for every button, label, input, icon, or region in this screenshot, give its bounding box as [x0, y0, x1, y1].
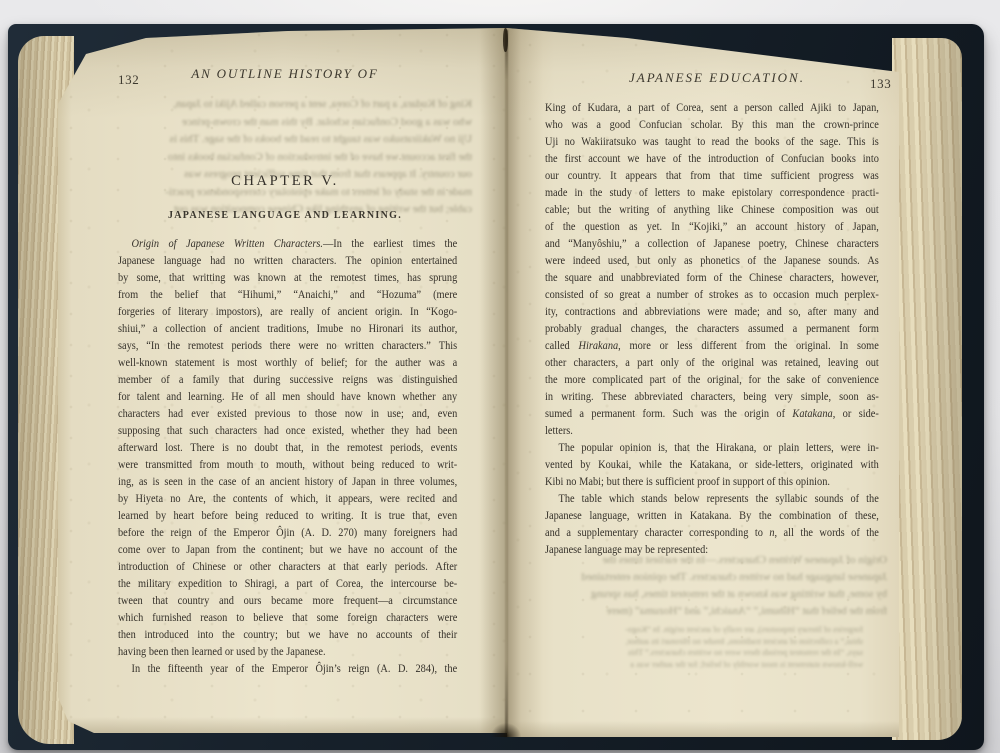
- text-line: wereindeedused,butonlyasphoneticsoftheJa…: [545, 253, 879, 270]
- text-line: havingbeenthenlearnedorusedbytheJapanese…: [118, 644, 457, 661]
- text-line: memberofafamilythatduringsuccessivereign…: [118, 372, 457, 389]
- bleedthrough-line: says, “In the remotest periods there wer…: [567, 647, 863, 659]
- gutter-crease-top: [503, 28, 508, 52]
- text-line: ofthequestionasyet.In“Kojiki,”anaccounth…: [545, 219, 879, 236]
- text-line: calledHirakana,moreorlessdifferentfromth…: [545, 338, 879, 355]
- text-line: charactershadeverexistedprevioustothosen…: [118, 406, 457, 423]
- text-line: ing,asisseeninthecaseofanancienthistoryo…: [118, 474, 457, 491]
- text-line: KingofKudara,apartofCorea,sentapersoncal…: [545, 100, 879, 117]
- text-line: madeinthestudyofletterstomakeepistolaryc…: [545, 185, 879, 202]
- text-line: ventedbyKoukai,whiletheKatakana,orside-l…: [545, 457, 879, 474]
- text-line: afterwardlost.Thereisnodoubtthat,inthere…: [118, 440, 457, 457]
- bleedthrough-line: shiui,” a collection of ancient traditio…: [567, 636, 863, 648]
- page-edges-right: [892, 38, 962, 740]
- left-page: King of Kudara, a part of Corea, sent a …: [58, 28, 508, 733]
- text-line: supposingthatsuchcharactershadonceexiste…: [118, 423, 457, 440]
- body-text: KingofKudara,apartofCorea,sentapersoncal…: [545, 100, 879, 559]
- text-line: thefirstaccountwehaveoftheintroductionof…: [545, 151, 879, 168]
- text-line: learnedbyheartbeforebeingreducedtowritin…: [118, 508, 457, 525]
- text-line: tweenthatcountryandoursbecamemorefrequen…: [118, 593, 457, 610]
- text-line: thenintroducedintothecountry;butwehaveno…: [118, 627, 457, 644]
- body-text: OriginofJapaneseWrittenCharacters.—Inthe…: [118, 236, 457, 678]
- text-line: Japaneselanguagemayberepresented:: [545, 542, 879, 559]
- text-line: Japaneselanguage,writteninKatakana.Bythe…: [545, 508, 879, 525]
- text-line: thesquareandunabbreviatedformoftheChines…: [545, 270, 879, 287]
- gutter-shadow: [505, 30, 508, 737]
- text-line: probablygradualchanges,thecharactersassu…: [545, 321, 879, 338]
- text-line: Thetablewhichstandsbelowrepresentsthesyl…: [545, 491, 879, 508]
- page-number: 133: [870, 76, 891, 92]
- text-line: othercharacters,apartonlyoftheoriginalwa…: [545, 355, 879, 372]
- bleedthrough-line: King of Kudara, a part of Corea, sent a …: [102, 96, 472, 114]
- text-line: Thepopularopinionis,thattheHirakana,orpl…: [545, 440, 879, 457]
- running-header: JAPANESE EDUCATION.: [555, 70, 879, 86]
- right-page: Origin of Japanese Written Characters.—I…: [507, 28, 899, 737]
- text-line: ity,contractionsandabbreviationsweremade…: [545, 304, 879, 321]
- text-line: fortalentandlearning.Heofallmenshouldhav…: [118, 389, 457, 406]
- text-line: weretransmittedfrommouthtomouth,withoutb…: [118, 457, 457, 474]
- chapter-heading: CHAPTER V.: [110, 173, 460, 190]
- text-line: themorecomplicatedpartoftheoriginal,fort…: [545, 372, 879, 389]
- bleedthrough-line: by some, that writting was known at the …: [543, 586, 887, 603]
- bleedthrough-line: Japanese language had no written charact…: [543, 569, 887, 586]
- text-line: themilitaryexpeditiontoShiragi,apartofCo…: [118, 576, 457, 593]
- chapter-subheading: JAPANESE LANGUAGE AND LEARNING.: [110, 210, 460, 221]
- text-line: andasupplementarycharactercorrespondingt…: [545, 525, 879, 542]
- text-line: letters.: [545, 423, 879, 440]
- text-line: forgeriesofliteraryimpostors),arereallyo…: [118, 304, 457, 321]
- bleedthrough-line: who was a good Confucian scholar. By thi…: [102, 114, 472, 132]
- text-line: consistedofsogreatanumberofstrokesastooc…: [545, 287, 879, 304]
- text-line: comeovertoJapanfromthecontinent;butwehav…: [118, 542, 457, 559]
- text-line: says,“Intheremotestperiodstherewerenowri…: [118, 338, 457, 355]
- bleedthrough-line: forgeries of literary impostors), are re…: [567, 624, 863, 636]
- text-line: well-knownstatementismostworthlyofbelief…: [118, 355, 457, 372]
- bleedthrough-footnote: forgeries of literary impostors), are re…: [567, 624, 863, 672]
- text-line: byHiyetanoAre,thecontentsofwhich,itappea…: [118, 491, 457, 508]
- text-line: InthefifteenthyearoftheEmperorÔjin’sreig…: [118, 661, 457, 678]
- bleedthrough-line: from the belief that “Hihumi,” “Anaichi,…: [543, 603, 887, 620]
- photo-background: King of Kudara, a part of Corea, sent a …: [0, 0, 1000, 753]
- text-line: and“Manyôshiu,”acollectionofJapanesepoet…: [545, 236, 879, 253]
- bleedthrough-text: King of Kudara, a part of Corea, sent a …: [102, 96, 472, 220]
- text-line: OriginofJapaneseWrittenCharacters.—Inthe…: [118, 236, 457, 253]
- text-line: cable;butthewritingofanythinglikeChinese…: [545, 202, 879, 219]
- text-line: shiui,”acollectionofancienttraditions,Im…: [118, 321, 457, 338]
- text-line: beforethereignoftheEmperorÔjin(A.D.270)m…: [118, 525, 457, 542]
- text-line: sumedapermanentform.SuchwastheoriginofKa…: [545, 406, 879, 423]
- bleedthrough-text: Origin of Japanese Written Characters.—I…: [543, 552, 887, 620]
- bleedthrough-line: the first account we have of the introdu…: [102, 149, 472, 167]
- text-line: bysome,thatwrittingwasknownattheremotest…: [118, 270, 457, 287]
- text-line: inwriting.Theseabbreviatedcharacters,bei…: [545, 389, 879, 406]
- gutter-crease-bottom: [491, 723, 521, 737]
- text-line: introductionofChineseorothercharactersat…: [118, 559, 457, 576]
- bleedthrough-line: Uji no Wakiiratsuko was taught to read t…: [102, 131, 472, 149]
- text-line: UjinoWakiiratsukowastaughttoreadthebooks…: [545, 134, 879, 151]
- text-line: ourcountry.Itappearsthatfromthattimesuff…: [545, 168, 879, 185]
- text-line: fromthebeliefthat“Hihumi,”“Anaichi,”and“…: [118, 287, 457, 304]
- running-header: AN OUTLINE HISTORY OF: [110, 66, 460, 82]
- book-cover: King of Kudara, a part of Corea, sent a …: [8, 24, 984, 750]
- bleedthrough-line: well-known statement is most worthly of …: [567, 659, 863, 671]
- text-line: whowasagoodConfucianscholar.Bythismanthe…: [545, 117, 879, 134]
- text-line: Japaneselanguagehadnowrittencharacters.T…: [118, 253, 457, 270]
- text-line: whichfurnishedreasontobelievethatsomefor…: [118, 610, 457, 627]
- text-line: KibinoMabi;butthereissufficientproofinsu…: [545, 474, 879, 491]
